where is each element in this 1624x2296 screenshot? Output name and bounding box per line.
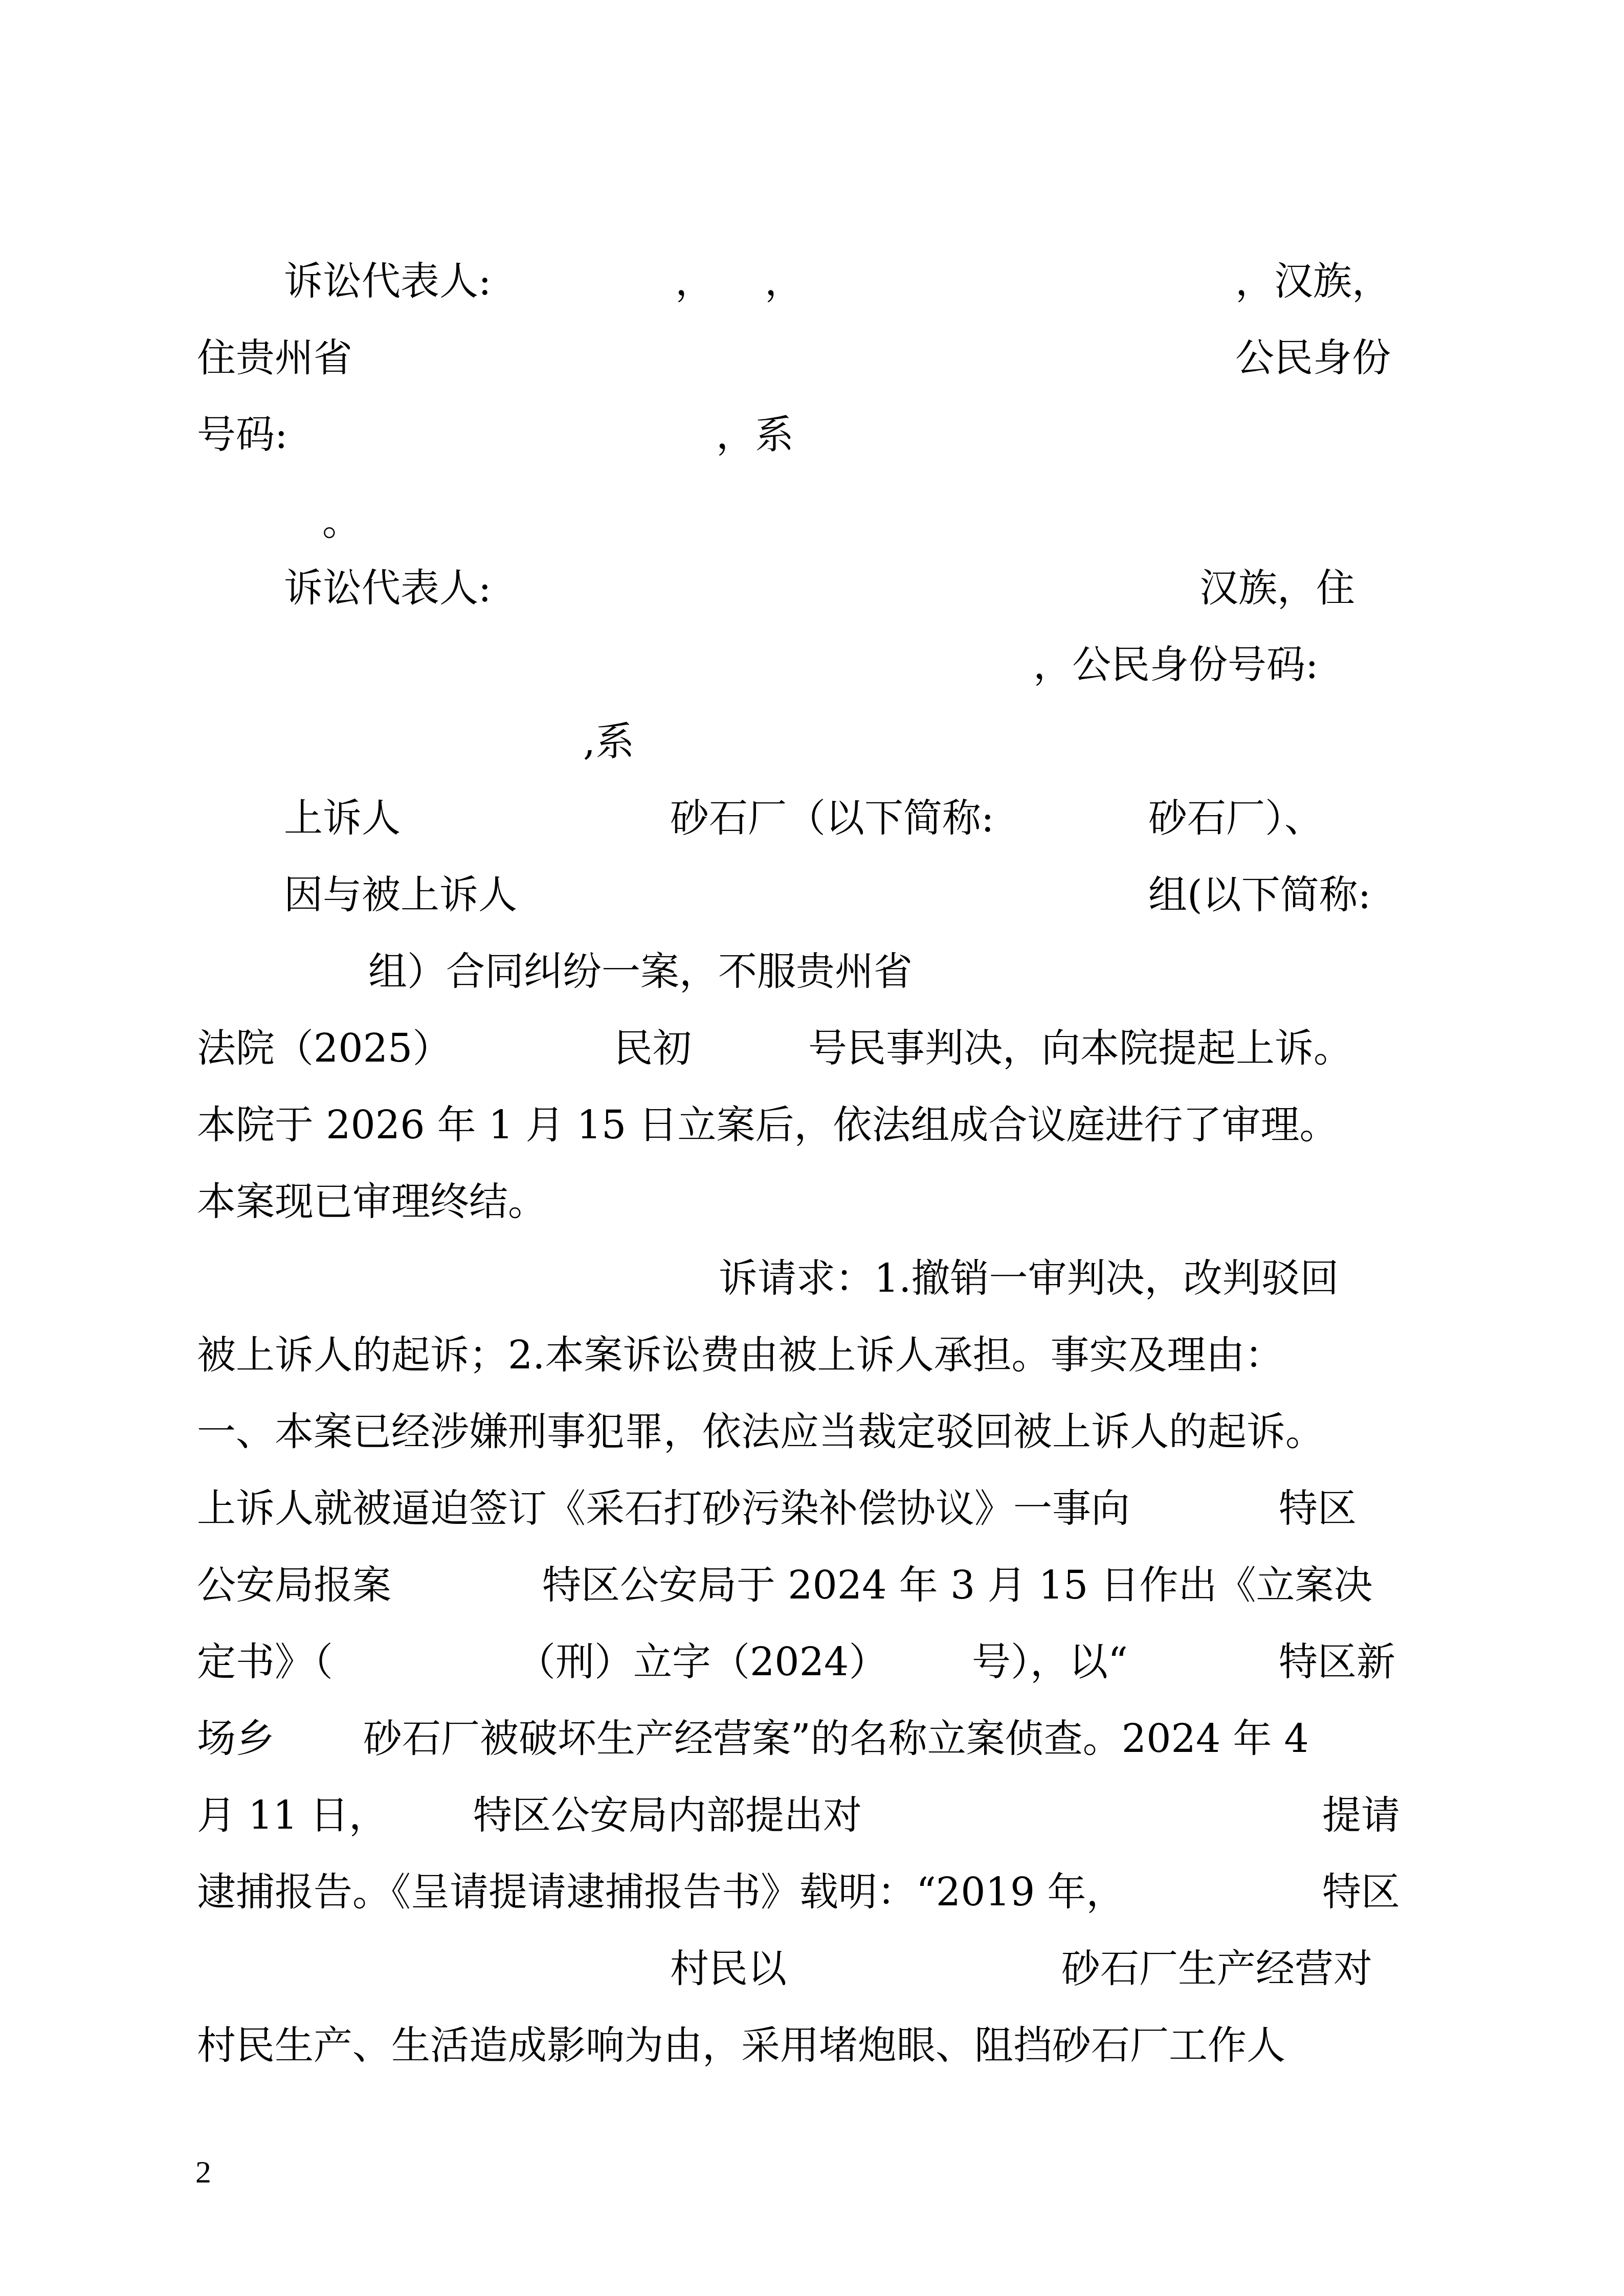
text-line: 公安局报案特区公安局于 2024 年 3 月 15 日作出《立案决 — [0, 1560, 1624, 1611]
text-segment: （刑）立字（2024） — [517, 1636, 887, 1687]
text-segment: ，公民身份号码: — [1033, 639, 1319, 690]
text-segment: 特区新 — [1279, 1636, 1395, 1687]
text-line: 逮捕报告。《呈请提请逮捕报告书》载明：“2019 年，特区 — [0, 1866, 1624, 1918]
text-segment: 场乡 — [197, 1713, 275, 1764]
text-segment: 因与被上诉人 — [284, 869, 517, 920]
text-segment: ,系 — [583, 716, 634, 767]
text-segment: 村民生产、生活造成影响为由，采用堵炮眼、阻挡砂石厂工作人 — [197, 2020, 1285, 2071]
text-line: ,系 — [0, 716, 1624, 767]
text-line: 因与被上诉人组(以下简称: — [0, 869, 1624, 920]
text-segment: 被上诉人的起诉；2.本案诉讼费由被上诉人承担。事实及理由： — [197, 1330, 1284, 1381]
text-segment: 一、本案已经涉嫌刑事犯罪，依法应当裁定驳回被上诉人的起诉。 — [197, 1406, 1324, 1457]
text-segment: 。 — [322, 496, 361, 547]
text-segment: 汉族，住 — [1199, 562, 1355, 614]
text-segment: 村民以 — [670, 1943, 787, 1994]
text-segment: 诉讼代表人: — [284, 562, 492, 614]
text-line: 号码:，系 — [0, 409, 1624, 460]
text-segment: 砂石厂（以下简称: — [670, 793, 994, 844]
text-segment: 号民事判决，向本院提起上诉。 — [808, 1023, 1352, 1074]
text-segment: 诉讼代表人: — [284, 256, 492, 307]
text-line: 组）合同纠纷一案，不服贵州省 — [0, 946, 1624, 997]
text-line: 住贵州省公民身份 — [0, 332, 1624, 384]
text-segment: 号码: — [197, 409, 288, 460]
text-line: 一、本案已经涉嫌刑事犯罪，依法应当裁定驳回被上诉人的起诉。 — [0, 1406, 1624, 1457]
text-line: 村民以砂石厂生产经营对 — [0, 1943, 1624, 1994]
text-segment: 号），以“ — [972, 1636, 1128, 1687]
text-line: 诉讼代表人:汉族，住 — [0, 562, 1624, 614]
text-segment: 民初 — [614, 1023, 692, 1074]
text-segment: 特区公安局内部提出对 — [473, 1790, 862, 1841]
text-line: 本案现已审理终结。 — [0, 1176, 1624, 1227]
text-line: 诉请求：1.撤销一审判决，改判驳回 — [0, 1253, 1624, 1304]
text-segment: 诉请求：1.撤销一审判决，改判驳回 — [719, 1253, 1339, 1304]
text-segment: 砂石厂生产经营对 — [1061, 1943, 1372, 1994]
text-segment: 特区公安局于 2024 年 3 月 15 日作出《立案决 — [542, 1560, 1372, 1611]
page-number: 2 — [195, 2154, 211, 2190]
text-segment: 组(以下简称: — [1148, 869, 1371, 920]
text-segment: 特区 — [1279, 1483, 1356, 1534]
text-line: 。 — [0, 496, 1624, 547]
text-segment: 逮捕报告。《呈请提请逮捕报告书》载明：“2019 年， — [197, 1866, 1125, 1918]
text-line: 上诉人就被逼迫签订《采石打砂污染补偿协议》一事向特区 — [0, 1483, 1624, 1534]
text-segment: 上诉人就被逼迫签订《采石打砂污染补偿协议》一事向 — [197, 1483, 1130, 1534]
text-segment: 法院（2025） — [197, 1023, 451, 1074]
text-segment: 砂石厂）、 — [1148, 793, 1323, 844]
text-line: 月 11 日，特区公安局内部提出对提请 — [0, 1790, 1624, 1841]
text-segment: 组）合同纠纷一案，不服贵州省 — [368, 946, 913, 997]
text-segment: 定书》（ — [197, 1636, 333, 1687]
text-line: 诉讼代表人:，，，汉族， — [0, 256, 1624, 307]
text-segment: 住贵州省 — [197, 332, 352, 384]
text-line: 定书》（（刑）立字（2024）号），以“特区新 — [0, 1636, 1624, 1687]
text-segment: ， — [675, 256, 714, 307]
text-line: ，公民身份号码: — [0, 639, 1624, 690]
text-segment: ， — [765, 256, 804, 307]
text-segment: 本院于 2026 年 1 月 15 日立案后，依法组成合议庭进行了审理。 — [197, 1099, 1338, 1151]
text-segment: 特区 — [1322, 1866, 1400, 1918]
text-line: 法院（2025）民初号民事判决，向本院提起上诉。 — [0, 1023, 1624, 1074]
text-line: 被上诉人的起诉；2.本案诉讼费由被上诉人承担。事实及理由： — [0, 1330, 1624, 1381]
text-segment: 砂石厂被破坏生产经营案”的名称立案侦查。2024 年 4 — [363, 1713, 1309, 1764]
text-segment: ，系 — [716, 409, 794, 460]
text-segment: 本案现已审理终结。 — [197, 1176, 547, 1227]
text-line: 场乡砂石厂被破坏生产经营案”的名称立案侦查。2024 年 4 — [0, 1713, 1624, 1764]
document-page: 诉讼代表人:，，，汉族，住贵州省公民身份号码:，系。诉讼代表人:汉族，住，公民身… — [0, 0, 1624, 2296]
text-line: 村民生产、生活造成影响为由，采用堵炮眼、阻挡砂石厂工作人 — [0, 2020, 1624, 2071]
text-segment: 月 11 日， — [197, 1790, 388, 1841]
text-segment: ，汉族， — [1235, 256, 1391, 307]
text-segment: 公安局报案 — [197, 1560, 391, 1611]
text-segment: 上诉人 — [284, 793, 401, 844]
text-line: 上诉人砂石厂（以下简称:砂石厂）、 — [0, 793, 1624, 844]
text-segment: 公民身份 — [1235, 332, 1391, 384]
text-segment: 提请 — [1322, 1790, 1400, 1841]
text-line: 本院于 2026 年 1 月 15 日立案后，依法组成合议庭进行了审理。 — [0, 1099, 1624, 1151]
